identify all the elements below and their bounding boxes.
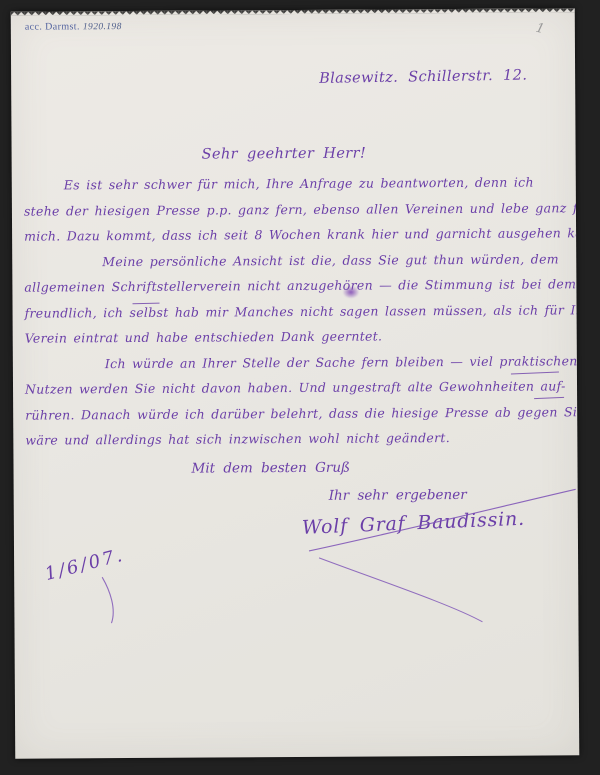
body-line: Es ist sehr schwer für mich, Ihre Anfrag… <box>24 174 570 203</box>
body-line: stehe der hiesigen Presse p.p. ganz fern… <box>24 200 570 229</box>
body-line: allgemeinen Schriftstellerverein nicht a… <box>24 276 570 305</box>
body-line: Ich würde an Ihrer Stelle der Sache fern… <box>25 353 571 382</box>
body-line: Meine persönliche Ansicht ist die, dass … <box>24 251 570 280</box>
archive-stamp-number: 1920.198 <box>83 22 122 32</box>
body-line: wäre und allerdings hat sich inzwischen … <box>25 429 571 458</box>
archive-stamp-label: acc. Darmst. <box>25 21 80 32</box>
archive-stamp: acc. Darmst.1920.198 <box>25 21 122 33</box>
date-annotation: 1/6/07. <box>43 545 127 585</box>
letter-body: Es ist sehr schwer für mich, Ihre Anfrag… <box>24 174 572 458</box>
body-line: Verein eintrat und habe entschieden Dank… <box>25 327 571 356</box>
valediction-line: Ihr sehr ergebener <box>329 487 467 504</box>
letter-page: acc. Darmst.1920.198 1 Blasewitz. Schill… <box>11 8 580 758</box>
body-line: rühren. Danach würde ich darüber belehrt… <box>25 404 571 433</box>
page-number: 1 <box>534 21 546 38</box>
closing-line: Mit dem besten Gruß <box>191 460 350 477</box>
body-line: freundlich, ich selbst hab mir Manches n… <box>25 302 571 331</box>
signature: Wolf Graf Baudissin. <box>301 508 525 539</box>
dateline: Blasewitz. Schillerstr. 12. <box>319 67 527 86</box>
torn-paper-edge <box>11 8 575 15</box>
scanned-letter: acc. Darmst.1920.198 1 Blasewitz. Schill… <box>0 0 600 775</box>
ink-blot <box>342 286 359 299</box>
body-line: mich. Dazu kommt, dass ich seit 8 Wochen… <box>24 225 570 254</box>
body-line: Nutzen werden Sie nicht davon haben. Und… <box>25 378 571 407</box>
salutation: Sehr geehrter Herr! <box>202 146 367 163</box>
